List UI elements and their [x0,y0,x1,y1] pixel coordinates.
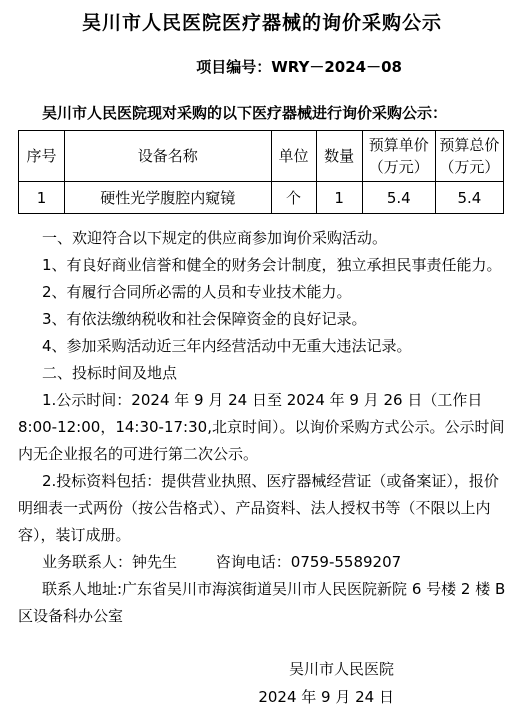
cell-device-name: 硬性光学腹腔内窥镜 [65,182,271,214]
table-header-row: 序号 设备名称 单位 数量 预算单价 （万元） 预算总价 （万元） [19,131,504,182]
paragraph-bid-materials: 2.投标资料包括：提供营业执照、医疗器械经营证（或备案证），报价明细表一式两份（… [18,468,506,549]
header-device-name: 设备名称 [65,131,271,182]
contact-phone: 咨询电话：0759-5589207 [216,553,401,571]
signature-date: 2024 年 9 月 24 日 [18,683,394,710]
header-unit: 单位 [271,131,316,182]
header-budget-total-price: 预算总价 （万元） [435,131,503,182]
paragraph-section-2-heading: 二、投标时间及地点 [18,360,506,387]
cell-quantity: 1 [316,182,362,214]
paragraph-requirement-4: 4、参加采购活动近三年内经营活动中无重大违法记录。 [18,333,506,360]
intro-paragraph: 吴川市人民医院现对采购的以下医疗器械进行询价采购公示： [18,102,506,123]
document-title: 吴川市人民医院医疗器械的询价采购公示 [18,8,506,35]
paragraph-requirement-1: 1、有良好商业信誉和健全的财务会计制度，独立承担民事责任能力。 [18,252,506,279]
document-page: 吴川市人民医院医疗器械的询价采购公示 项目编号：WRY－2024－08 吴川市人… [0,0,526,710]
paragraph-welcome: 一、欢迎符合以下规定的供应商参加询价采购活动。 [18,225,506,252]
contact-person: 业务联系人：钟先生 [42,553,177,571]
header-seq: 序号 [19,131,65,182]
cell-budget-unit-price: 5.4 [362,182,435,214]
contact-line: 业务联系人：钟先生 咨询电话：0759-5589207 [18,549,506,576]
cell-budget-total-price: 5.4 [435,182,503,214]
header-quantity: 数量 [316,131,362,182]
contact-address: 联系人地址:广东省吴川市海滨街道吴川市人民医院新院 6 号楼 2 楼 B 区设备… [18,576,506,630]
procurement-table: 序号 设备名称 单位 数量 预算单价 （万元） 预算总价 （万元） 1 硬性光学… [18,130,504,214]
table-row: 1 硬性光学腹腔内窥镜 个 1 5.4 5.4 [19,182,504,214]
body-text: 一、欢迎符合以下规定的供应商参加询价采购活动。 1、有良好商业信誉和健全的财务会… [18,225,506,630]
signature-block: 吴川市人民医院 2024 年 9 月 24 日 [18,655,506,710]
header-budget-unit-price: 预算单价 （万元） [362,131,435,182]
project-number: 项目编号：WRY－2024－08 [18,56,506,77]
cell-unit: 个 [271,182,316,214]
signature-organization: 吴川市人民医院 [18,655,394,683]
paragraph-requirement-3: 3、有依法缴纳税收和社会保障资金的良好记录。 [18,306,506,333]
paragraph-requirement-2: 2、有履行合同所必需的人员和专业技术能力。 [18,279,506,306]
paragraph-publicity-time: 1.公示时间：2024 年 9 月 24 日至 2024 年 9 月 26 日（… [18,387,506,468]
cell-seq: 1 [19,182,65,214]
